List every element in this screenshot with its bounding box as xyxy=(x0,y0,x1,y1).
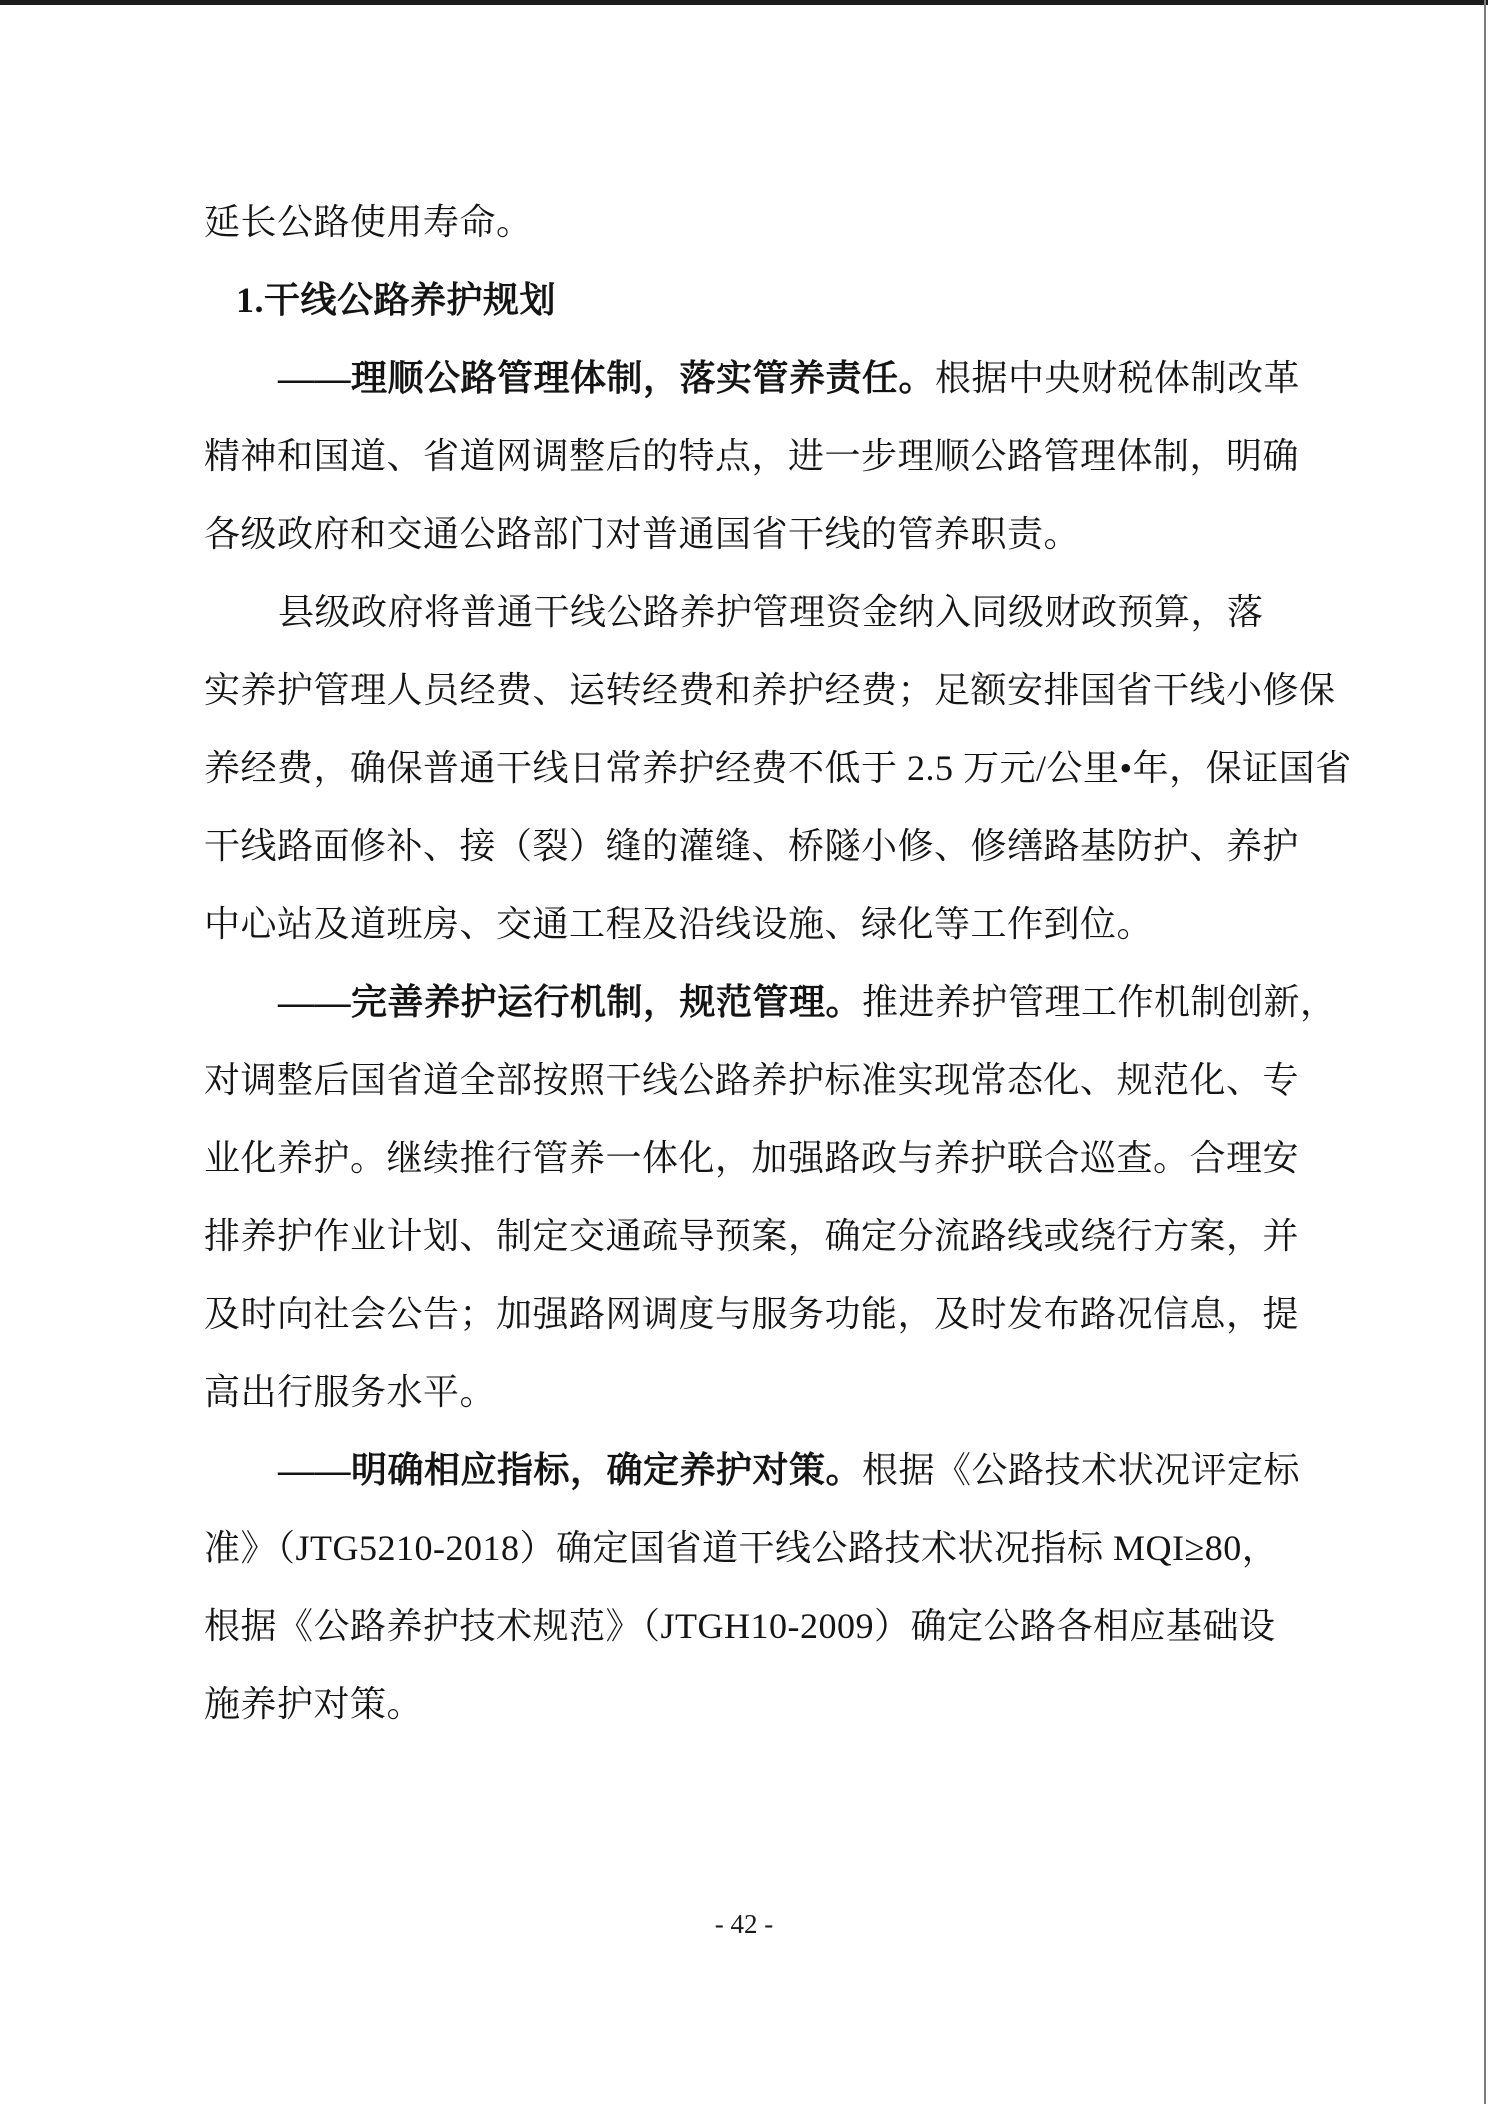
text-segment: 根据中央财税体制改革 xyxy=(935,358,1300,398)
text-segment: 业化养护。继续推行管养一体化，加强路政与养护联合巡查。合理安 xyxy=(204,1138,1299,1178)
text-line: 排养护作业计划、制定交通疏导预案，确定分流路线或绕行方案，并 xyxy=(204,1197,1290,1275)
text-line: 根据《公路养护技术规范》（JTGH10-2009）确定公路各相应基础设 xyxy=(204,1587,1290,1665)
document-body: 延长公路使用寿命。1.干线公路养护规划——理顺公路管理体制，落实管养责任。根据中… xyxy=(204,183,1290,1743)
text-line: 及时向社会公告；加强路网调度与服务功能，及时发布路况信息，提 xyxy=(204,1275,1290,1353)
text-segment: 各级政府和交通公路部门对普通国省干线的管养职责。 xyxy=(204,514,1080,554)
text-line: 县级政府将普通干线公路养护管理资金纳入同级财政预算，落 xyxy=(204,573,1290,651)
text-segment: 及时向社会公告；加强路网调度与服务功能，及时发布路况信息，提 xyxy=(204,1294,1299,1334)
bold-text-segment: 1.干线公路养护规划 xyxy=(236,280,556,320)
text-line: 各级政府和交通公路部门对普通国省干线的管养职责。 xyxy=(204,495,1290,573)
right-edge-rule xyxy=(1484,0,1486,2104)
text-line: ——理顺公路管理体制，落实管养责任。根据中央财税体制改革 xyxy=(204,339,1290,417)
text-line: ——明确相应指标，确定养护对策。根据《公路技术状况评定标 xyxy=(204,1431,1290,1509)
text-segment: 高出行服务水平。 xyxy=(204,1372,496,1412)
text-segment: 根据《公路技术状况评定标 xyxy=(862,1450,1300,1490)
text-segment: 干线路面修补、接（裂）缝的灌缝、桥隧小修、修缮路基防护、养护 xyxy=(204,826,1299,866)
text-segment: 对调整后国省道全部按照干线公路养护标准实现常态化、规范化、专 xyxy=(204,1060,1299,1100)
document-page: 延长公路使用寿命。1.干线公路养护规划——理顺公路管理体制，落实管养责任。根据中… xyxy=(0,0,1488,2104)
top-border-bar xyxy=(0,0,1488,5)
text-line: 养经费，确保普通干线日常养护经费不低于 2.5 万元/公里•年，保证国省 xyxy=(204,729,1290,807)
text-line: 中心站及道班房、交通工程及沿线设施、绿化等工作到位。 xyxy=(204,885,1290,963)
text-line: 对调整后国省道全部按照干线公路养护标准实现常态化、规范化、专 xyxy=(204,1041,1290,1119)
text-line: ——完善养护运行机制，规范管理。推进养护管理工作机制创新， xyxy=(204,963,1290,1041)
text-segment: 准》（JTG5210-2018）确定国省道干线公路技术状况指标 MQI≥80， xyxy=(204,1528,1278,1568)
text-line: 干线路面修补、接（裂）缝的灌缝、桥隧小修、修缮路基防护、养护 xyxy=(204,807,1290,885)
bold-text-segment: ——理顺公路管理体制，落实管养责任。 xyxy=(278,358,935,398)
text-segment: 根据《公路养护技术规范》（JTGH10-2009）确定公路各相应基础设 xyxy=(204,1606,1276,1646)
text-segment: 精神和国道、省道网调整后的特点，进一步理顺公路管理体制，明确 xyxy=(204,436,1299,476)
text-line: 实养护管理人员经费、运转经费和养护经费；足额安排国省干线小修保 xyxy=(204,651,1290,729)
page-number: - 42 - xyxy=(0,1903,1488,1945)
text-segment: 延长公路使用寿命。 xyxy=(204,202,533,242)
text-segment: 实养护管理人员经费、运转经费和养护经费；足额安排国省干线小修保 xyxy=(204,670,1336,710)
text-line: 施养护对策。 xyxy=(204,1665,1290,1743)
text-line: 准》（JTG5210-2018）确定国省道干线公路技术状况指标 MQI≥80， xyxy=(204,1509,1290,1587)
text-line: 业化养护。继续推行管养一体化，加强路政与养护联合巡查。合理安 xyxy=(204,1119,1290,1197)
text-segment: 养经费，确保普通干线日常养护经费不低于 2.5 万元/公里•年，保证国省 xyxy=(204,748,1352,788)
bold-text-segment: ——明确相应指标，确定养护对策。 xyxy=(278,1450,862,1490)
text-line: 延长公路使用寿命。 xyxy=(204,183,1290,261)
text-segment: 中心站及道班房、交通工程及沿线设施、绿化等工作到位。 xyxy=(204,904,1153,944)
text-segment: 县级政府将普通干线公路养护管理资金纳入同级财政预算，落 xyxy=(278,592,1264,632)
text-line: 1.干线公路养护规划 xyxy=(204,261,1290,339)
text-segment: 排养护作业计划、制定交通疏导预案，确定分流路线或绕行方案，并 xyxy=(204,1216,1299,1256)
text-line: 精神和国道、省道网调整后的特点，进一步理顺公路管理体制，明确 xyxy=(204,417,1290,495)
text-segment: 施养护对策。 xyxy=(204,1684,423,1724)
text-line: 高出行服务水平。 xyxy=(204,1353,1290,1431)
text-segment: 推进养护管理工作机制创新， xyxy=(862,982,1337,1022)
bold-text-segment: ——完善养护运行机制，规范管理。 xyxy=(278,982,862,1022)
